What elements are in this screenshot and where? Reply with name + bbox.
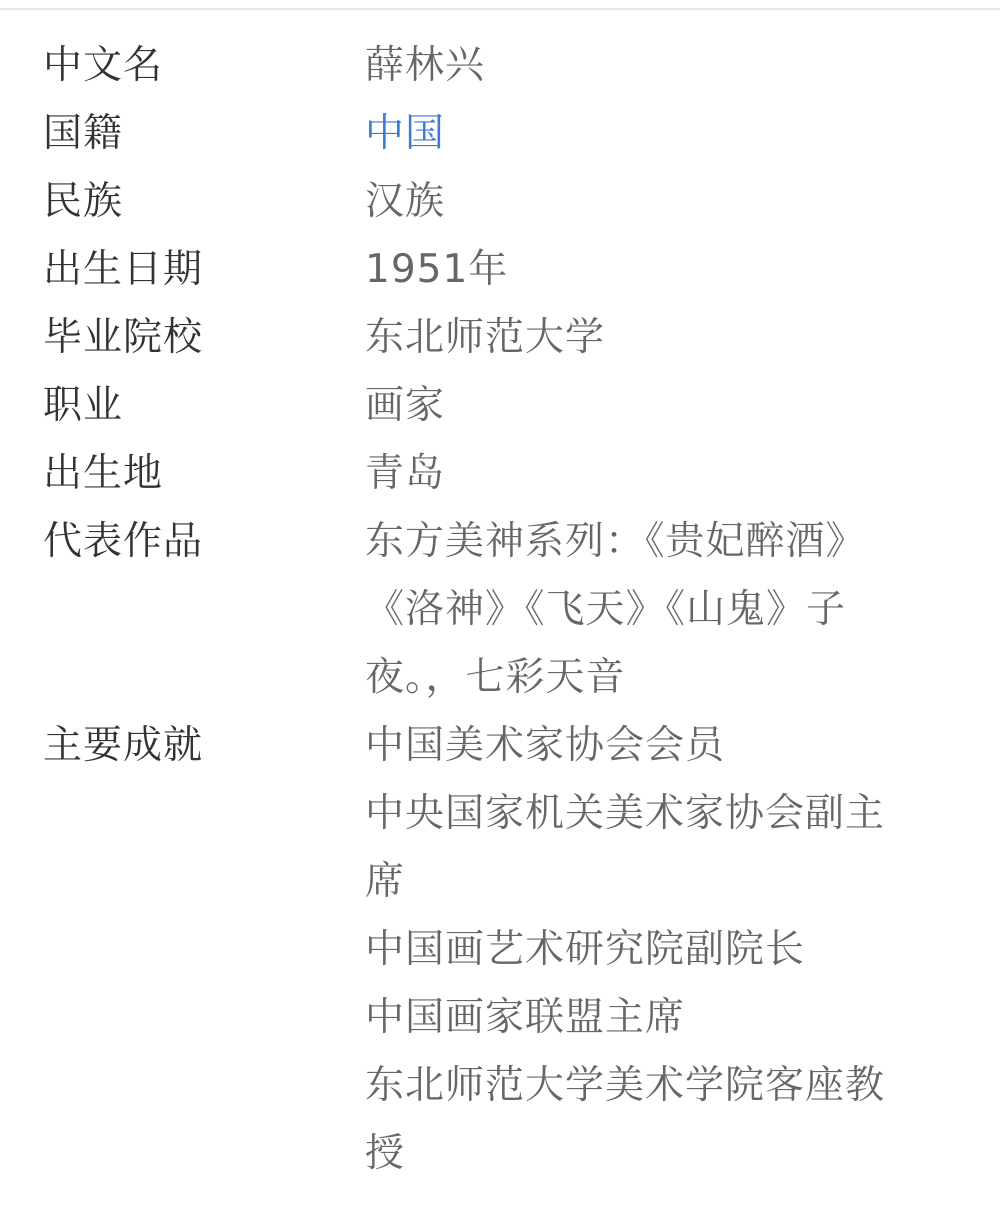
value-line: 东方美神系列：《贵妃醉酒》	[365, 508, 935, 576]
field-value: 画家	[365, 372, 935, 440]
info-row-birthplace: 出生地 青岛	[43, 440, 943, 508]
field-value: 汉族	[365, 168, 935, 236]
field-label: 国籍	[43, 100, 365, 168]
field-value: 1951年	[365, 236, 935, 304]
field-value: 青岛	[365, 440, 935, 508]
field-value: 中国美术家协会会员 中央国家机关美术家协会副主 席 中国画艺术研究院副院长 中国…	[365, 712, 935, 1188]
info-row-representative-works: 代表作品 东方美神系列：《贵妃醉酒》 《洛神》《飞天》《山鬼》子 夜。，七彩天音	[43, 508, 943, 712]
field-value: 薛林兴	[365, 32, 935, 100]
value-line: 东北师范大学美术学院客座教	[365, 1052, 935, 1120]
value-line: 《洛神》《飞天》《山鬼》子	[365, 576, 935, 644]
value-line: 中央国家机关美术家协会副主	[365, 780, 935, 848]
field-label: 出生地	[43, 440, 365, 508]
value-line: 席	[365, 848, 935, 916]
value-line: 夜。，七彩天音	[365, 644, 935, 712]
field-label: 主要成就	[43, 712, 365, 780]
info-row-achievements: 主要成就 中国美术家协会会员 中央国家机关美术家协会副主 席 中国画艺术研究院副…	[43, 712, 943, 1188]
field-label: 毕业院校	[43, 304, 365, 372]
field-label: 代表作品	[43, 508, 365, 576]
info-row-birth-date: 出生日期 1951年	[43, 236, 943, 304]
value-line: 中国美术家协会会员	[365, 712, 935, 780]
value-line: 中国画艺术研究院副院长	[365, 916, 935, 984]
top-divider	[0, 8, 1000, 10]
info-row-occupation: 职业 画家	[43, 372, 943, 440]
info-row-ethnicity: 民族 汉族	[43, 168, 943, 236]
info-row-alma-mater: 毕业院校 东北师范大学	[43, 304, 943, 372]
basic-info-table: 中文名 薛林兴 国籍 中国 民族 汉族 出生日期 1951年 毕业院校 东北师范…	[43, 32, 943, 1188]
field-value: 东北师范大学	[365, 304, 935, 372]
field-value: 东方美神系列：《贵妃醉酒》 《洛神》《飞天》《山鬼》子 夜。，七彩天音	[365, 508, 935, 712]
value-line: 中国画家联盟主席	[365, 984, 935, 1052]
field-label: 职业	[43, 372, 365, 440]
info-row-chinese-name: 中文名 薛林兴	[43, 32, 943, 100]
nationality-link[interactable]: 中国	[365, 111, 445, 156]
value-line: 授	[365, 1120, 935, 1188]
field-label: 出生日期	[43, 236, 365, 304]
info-row-nationality: 国籍 中国	[43, 100, 943, 168]
field-label: 民族	[43, 168, 365, 236]
field-label: 中文名	[43, 32, 365, 100]
